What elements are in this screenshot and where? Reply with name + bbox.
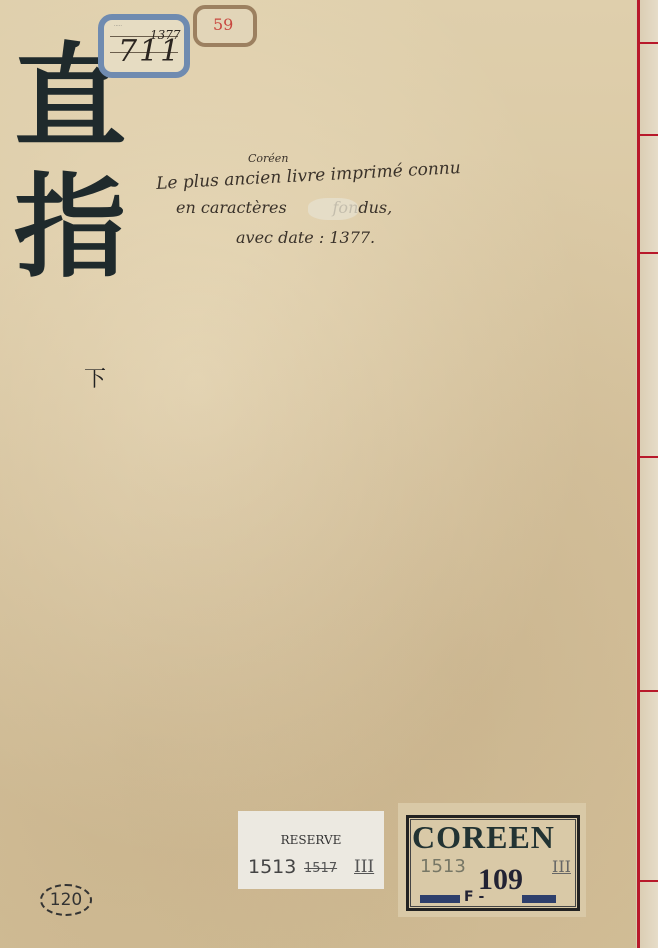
label-tiny-text: ..... (114, 22, 122, 28)
binding-stitch (637, 252, 658, 254)
binding-stitch (637, 42, 658, 44)
coreen-roman: III (552, 857, 571, 876)
reserve-struck-number: 1517 (304, 861, 337, 876)
coreen-prefix: F - (464, 889, 484, 905)
call-number-label: ..... 711 1377 (98, 14, 190, 78)
reserve-label: RESERVE 1513 1517 III (238, 811, 384, 889)
coreen-handwritten-number: 1513 (420, 856, 466, 877)
binding-stitch (637, 456, 658, 458)
coreen-number: 109 (478, 863, 523, 897)
ink-blot (522, 895, 556, 903)
binding-thread (637, 0, 640, 948)
red-number-label: 59 (193, 5, 257, 47)
coreen-label: COREEN 1513 109 III F - (398, 803, 586, 917)
title-character-2: 指 (14, 168, 126, 288)
reserve-roman: III (354, 857, 374, 877)
red-number: 59 (213, 15, 233, 34)
ink-smudge (308, 198, 358, 220)
volume-mark: 下 (84, 362, 106, 393)
ink-blot (420, 895, 460, 903)
coreen-title: COREEN (412, 819, 555, 856)
oval-stamp: 120 (40, 884, 92, 916)
binding-stitch (637, 880, 658, 882)
reserve-number: 1513 (248, 856, 296, 878)
note-line-2: en caractères fondus, (176, 198, 392, 217)
call-number-superscript: 1377 (150, 28, 181, 42)
note-line-3: avec date : 1377. (236, 228, 375, 247)
note-insertion: Coréen (248, 152, 288, 165)
binding-stitch (637, 690, 658, 692)
reserve-title: RESERVE (238, 833, 384, 847)
binding-stitch (637, 134, 658, 136)
